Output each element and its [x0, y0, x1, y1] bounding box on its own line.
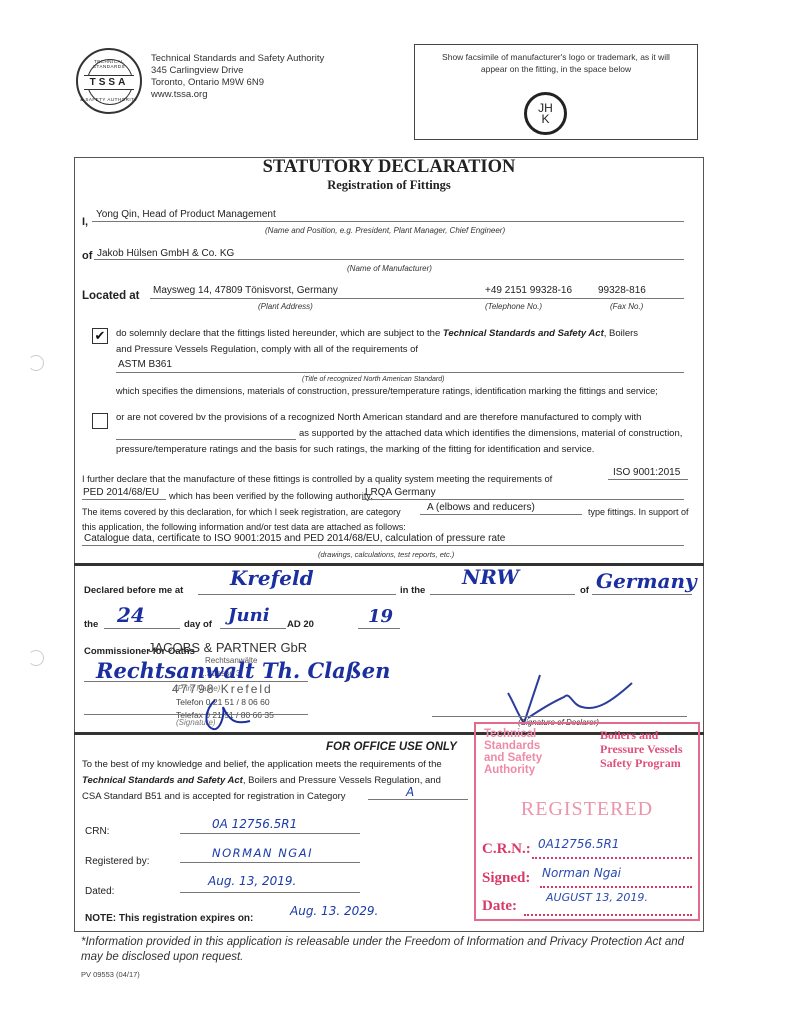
commissioner-signature [195, 695, 255, 735]
attachments-caption: (drawings, calculations, test reports, e… [318, 550, 454, 559]
facsimile-instruction-1: Show facsimile of manufacturer's logo or… [415, 51, 697, 63]
expires-label: NOTE: This registration expires on: [85, 913, 253, 924]
month-field[interactable]: Juni [228, 605, 270, 626]
office-use-heading: FOR OFFICE USE ONLY [326, 741, 457, 753]
dated-label: Dated: [85, 886, 114, 897]
declared-in-field[interactable]: NRW [462, 565, 519, 589]
manufacturer-prefix: of [82, 250, 92, 262]
declarant-caption: (Name and Position, e.g. President, Plan… [265, 226, 505, 235]
option1-checkbox[interactable]: ✔ [92, 328, 108, 344]
office-text: To the best of my knowledge and belief, … [82, 757, 442, 805]
telephone-caption: (Telephone No.) [485, 302, 542, 311]
year-line [358, 628, 400, 629]
punch-hole-bottom [28, 650, 44, 666]
month-line [220, 628, 286, 629]
stamp-signed-value: Norman Ngai [542, 866, 621, 880]
tssa-logo: TECHNICAL STANDARDS TSSA & SAFETY AUTHOR… [76, 48, 142, 114]
option2-text-a: or are not covered bv the provisions of … [116, 410, 706, 426]
logo-text: TSSA [84, 75, 134, 90]
quality-text-b: which has been verified by the following… [169, 488, 373, 504]
manufacturer-field[interactable]: Jakob Hülsen GmbH & Co. KG [97, 248, 234, 259]
day-of-label: day of [184, 619, 212, 630]
registered-by-field[interactable]: NORMAN NGAI [212, 846, 313, 860]
act-name: Technical Standards and Safety Act [443, 328, 604, 339]
year-field[interactable]: 19 [368, 606, 393, 627]
authority-line [362, 499, 684, 500]
stamp-org-right: Boilers and Pressure Vessels Safety Prog… [600, 728, 683, 770]
declared-of-field[interactable]: Germany [596, 569, 697, 593]
manufacturer-logo-box: Show facsimile of manufacturer's logo or… [414, 44, 698, 140]
registered-by-label: Registered by: [85, 856, 149, 867]
option2-text-c: pressure/temperature ratings and the bas… [116, 442, 594, 458]
option2-blank-line[interactable] [116, 439, 296, 440]
commissioner-name-field[interactable]: Rechtsanwalt Th. Claßen [96, 658, 390, 683]
standard-field[interactable]: ASTM B361 [118, 359, 172, 370]
manufacturer-mark-logo: JH K [524, 92, 567, 135]
form-subtitle: Registration of Fittings [74, 178, 704, 193]
registered-by-line [180, 862, 360, 863]
declared-at-line [198, 594, 396, 595]
declared-of-line [592, 594, 692, 595]
stamp-date-label: Date: [482, 898, 517, 915]
declared-at-label: Declared before me at [84, 585, 183, 596]
quality-standard-line-1 [608, 479, 688, 480]
stamp-crn-dots [532, 857, 692, 859]
stamp-signed-dots [540, 886, 692, 888]
commissioner-name-caption: (Print Name) [175, 684, 220, 693]
declarant-field[interactable]: Yong Qin, Head of Product Management [96, 209, 276, 220]
crn-line [180, 833, 360, 834]
declarant-prefix: I, [82, 216, 88, 228]
dated-field[interactable]: Aug. 13, 2019. [208, 874, 296, 888]
declared-of-label: of [580, 585, 589, 596]
category-line [420, 514, 582, 515]
ad-label: AD 20 [287, 619, 314, 630]
standard-caption: (Title of recognized North American Stan… [302, 376, 444, 383]
attachments-line [82, 545, 684, 546]
day-line [104, 628, 180, 629]
org-address-block: Technical Standards and Safety Authority… [151, 53, 324, 101]
address-caption: (Plant Address) [258, 302, 313, 311]
org-website: www.tssa.org [151, 89, 324, 101]
quality-text-d: type fittings. In support of [588, 504, 689, 520]
quality-text-a: I further declare that the manufacture o… [82, 471, 552, 487]
stamp-org-left: Technical Standards and Safety Authority [484, 728, 542, 776]
option1-text: do solemnly declare that the fittings li… [116, 326, 706, 358]
location-line [150, 298, 684, 299]
declarer-signature-line [432, 716, 687, 717]
section-divider-1 [74, 563, 704, 566]
stamp-date-dots [524, 914, 692, 916]
privacy-note: *Information provided in this applicatio… [81, 935, 691, 965]
form-title: STATUTORY DECLARATION [74, 157, 704, 178]
attachments-field[interactable]: Catalogue data, certificate to ISO 9001:… [84, 533, 505, 544]
declared-in-label: in the [400, 585, 425, 596]
category-field[interactable]: A (elbows and reducers) [427, 502, 535, 513]
expires-field[interactable]: Aug. 13. 2029. [290, 904, 378, 918]
stamp-status: REGISTERED [476, 798, 698, 821]
punch-hole-top [28, 355, 44, 371]
commissioner-name-line [84, 681, 308, 682]
facsimile-instruction-2: appear on the fitting, in the space belo… [415, 63, 697, 75]
office-category-line [368, 799, 468, 800]
office-category-field[interactable]: A [406, 785, 414, 799]
day-field[interactable]: 24 [117, 603, 145, 627]
standard-line [116, 372, 684, 373]
address-field[interactable]: Maysweg 14, 47809 Tönisvorst, Germany [153, 285, 338, 296]
quality-standard-field-2[interactable]: PED 2014/68/EU [83, 487, 159, 498]
fax-field[interactable]: 99328-816 [598, 285, 646, 296]
commissioner-stamp-firm: JACOBS & PARTNER GbR [148, 640, 307, 655]
quality-standard-line-2 [82, 499, 166, 500]
quality-standard-field-1[interactable]: ISO 9001:2015 [613, 467, 680, 478]
crn-field[interactable]: 0A 12756.5R1 [212, 817, 297, 831]
stamp-crn-label: C.R.N.: [482, 841, 531, 858]
stamp-date-value: AUGUST 13, 2019. [546, 891, 648, 904]
manufacturer-caption: (Name of Manufacturer) [347, 264, 432, 273]
option2-text-b: as supported by the attached data which … [299, 426, 682, 442]
dated-line [180, 892, 360, 893]
org-address-line2: Toronto, Ontario M9W 6N9 [151, 77, 324, 89]
crn-label: CRN: [85, 826, 109, 837]
declarant-line [92, 221, 684, 222]
fax-caption: (Fax No.) [610, 302, 643, 311]
org-address-line1: 345 Carlingview Drive [151, 65, 324, 77]
registration-stamp: Technical Standards and Safety Authority… [474, 722, 700, 921]
option2-checkbox[interactable] [92, 413, 108, 429]
declared-at-field[interactable]: Krefeld [230, 566, 314, 590]
option1-specifies: which specifies the dimensions, material… [116, 383, 658, 399]
org-name: Technical Standards and Safety Authority [151, 53, 324, 65]
stamp-signed-label: Signed: [482, 870, 530, 887]
manufacturer-line [94, 259, 684, 260]
logo-ring-bottom: & SAFETY AUTHORITY [78, 97, 140, 102]
the-label: the [84, 619, 98, 630]
declared-in-line [430, 594, 575, 595]
stamp-crn-value: 0A12756.5R1 [538, 837, 619, 851]
telephone-field[interactable]: +49 2151 99328-16 [485, 285, 572, 296]
quality-text-c: The items covered by this declaration, f… [82, 504, 401, 520]
form-code: PV 09553 (04/17) [81, 970, 140, 979]
authority-field[interactable]: LRQA Germany [365, 487, 436, 498]
location-prefix: Located at [82, 290, 140, 302]
